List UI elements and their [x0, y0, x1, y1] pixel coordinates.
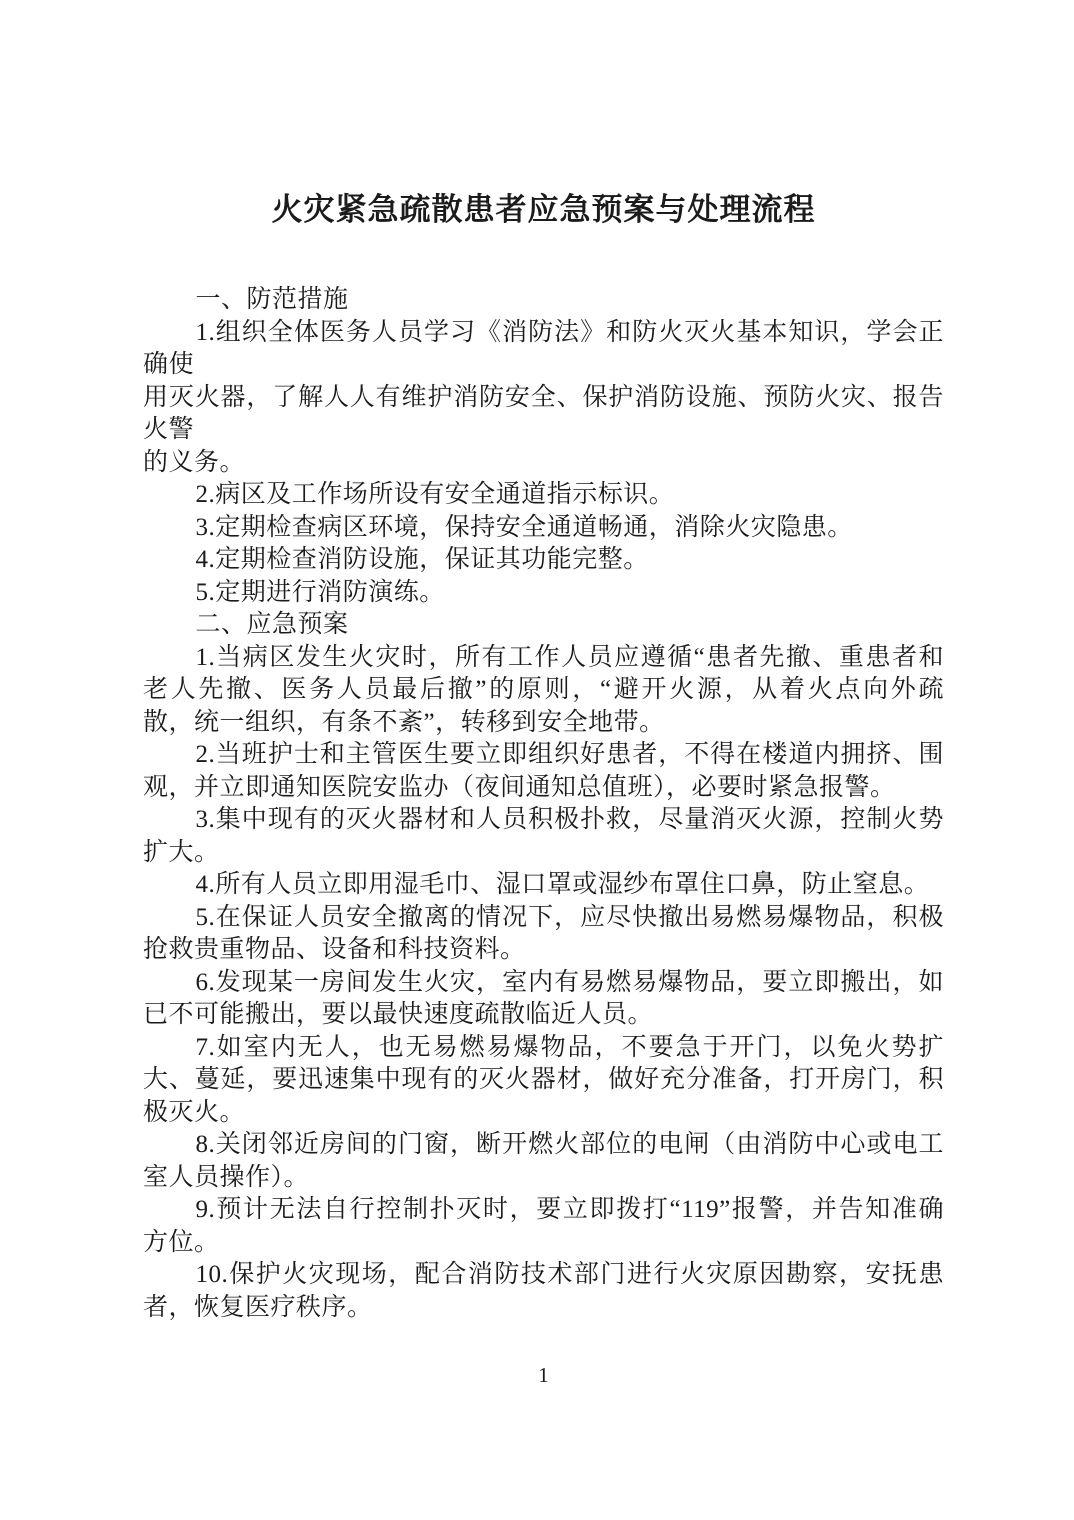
document-title: 火灾紧急疏散患者应急预案与处理流程	[143, 192, 944, 228]
text-line: 4.定期检查消防设施，保证其功能完整。	[143, 544, 944, 577]
page-number: 1	[143, 1362, 944, 1388]
text-line: 极灭火。	[143, 1097, 944, 1130]
text-line: 火警	[143, 414, 944, 447]
text-line: 5.定期进行消防演练。	[143, 577, 944, 610]
text-line: 2.当班护士和主管医生要立即组织好患者，不得在楼道内拥挤、围	[143, 739, 944, 772]
text-line: 的义务。	[143, 447, 944, 480]
text-line: 用灭火器，了解人人有维护消防安全、保护消防设施、预防火灾、报告	[143, 382, 944, 415]
document-body: 一、防范措施1.组织全体医务人员学习《消防法》和防火灭火基本知识，学会正确使用灭…	[143, 284, 944, 1324]
text-line: 者，恢复医疗秩序。	[143, 1292, 944, 1325]
text-line: 大、蔓延，要迅速集中现有的灭火器材，做好充分准备，打开房门，积	[143, 1064, 944, 1097]
text-line: 9.预计无法自行控制扑灭时，要立即拨打“119”报警，并告知准确	[143, 1194, 944, 1227]
text-line: 二、应急预案	[143, 609, 944, 642]
text-line: 观，并立即通知医院安监办（夜间通知总值班），必要时紧急报警。	[143, 772, 944, 805]
text-line: 确使	[143, 349, 944, 382]
document-page: 火灾紧急疏散患者应急预案与处理流程 一、防范措施1.组织全体医务人员学习《消防法…	[0, 0, 1074, 1520]
text-line: 2.病区及工作场所设有安全通道指示标识。	[143, 479, 944, 512]
text-line: 1.组织全体医务人员学习《消防法》和防火灭火基本知识，学会正	[143, 317, 944, 350]
text-line: 1.当病区发生火灾时，所有工作人员应遵循“患者先撤、重患者和	[143, 642, 944, 675]
text-line: 10.保护火灾现场，配合消防技术部门进行火灾原因勘察，安抚患	[143, 1259, 944, 1292]
text-line: 室人员操作）。	[143, 1162, 944, 1195]
text-line: 4.所有人员立即用湿毛巾、湿口罩或湿纱布罩住口鼻，防止窒息。	[143, 869, 944, 902]
text-line: 已不可能搬出，要以最快速度疏散临近人员。	[143, 999, 944, 1032]
text-line: 8.关闭邻近房间的门窗，断开燃火部位的电闸（由消防中心或电工	[143, 1129, 944, 1162]
text-line: 散，统一组织，有条不紊”，转移到安全地带。	[143, 707, 944, 740]
text-line: 老人先撤、医务人员最后撤”的原则，“避开火源，从着火点向外疏	[143, 674, 944, 707]
text-line: 5.在保证人员安全撤离的情况下，应尽快撤出易燃易爆物品，积极	[143, 902, 944, 935]
text-line: 3.集中现有的灭火器材和人员积极扑救，尽量消灭火源，控制火势	[143, 804, 944, 837]
text-line: 一、防范措施	[143, 284, 944, 317]
text-line: 3.定期检查病区环境，保持安全通道畅通，消除火灾隐患。	[143, 512, 944, 545]
text-line: 7.如室内无人，也无易燃易爆物品，不要急于开门，以免火势扩	[143, 1032, 944, 1065]
text-line: 扩大。	[143, 837, 944, 870]
text-line: 方位。	[143, 1227, 944, 1260]
text-line: 抢救贵重物品、设备和科技资料。	[143, 934, 944, 967]
text-line: 6.发现某一房间发生火灾，室内有易燃易爆物品，要立即搬出，如	[143, 967, 944, 1000]
